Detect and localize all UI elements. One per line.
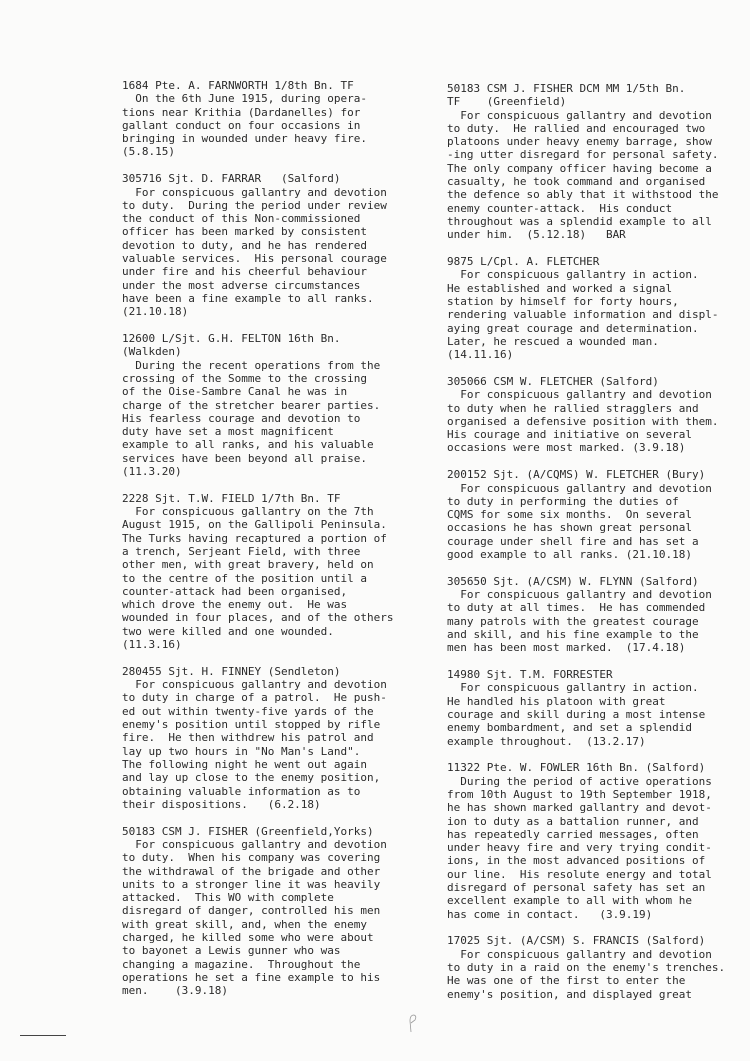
citation-text: under heavy fire and very trying condit-	[447, 841, 747, 854]
citation-heading: 12600 L/Sjt. G.H. FELTON 16th Bn.	[122, 332, 422, 345]
citation-text: ions, in the most advanced positions of	[447, 854, 747, 867]
citation-text: other men, with great bravery, held on	[122, 558, 422, 571]
citation-text: have been a fine example to all ranks.	[122, 292, 422, 305]
citation-text: courage under shell fire and has set a	[447, 535, 747, 548]
citation-text: a trench, Serjeant Field, with three	[122, 545, 422, 558]
citation-heading: 305066 CSM W. FLETCHER (Salford)	[447, 375, 747, 388]
citation-text: ion to duty as a battalion runner, and	[447, 815, 747, 828]
citation-text: For conspicuous gallantry and devotion	[447, 388, 747, 401]
citation-text: tions near Krithia (Dardanelles) for	[122, 106, 422, 119]
citation-text: operations he set a fine example to his	[122, 971, 422, 984]
citation-text: The Turks having recaptured a portion of	[122, 532, 422, 545]
citation-text: obtaining valuable information as to	[122, 785, 422, 798]
citation-text: under fire and his cheerful behaviour	[122, 265, 422, 278]
citation-text: (5.8.15)	[122, 145, 422, 158]
citation-heading: 11322 Pte. W. FOWLER 16th Bn. (Salford)	[447, 761, 747, 774]
citation-text: to duty in charge of a patrol. He push-	[122, 691, 422, 704]
citation-text: charge of the stretcher bearer parties.	[122, 399, 422, 412]
citation-text: attacked. This WO with complete	[122, 891, 422, 904]
citation-text: two were killed and one wounded.	[122, 625, 422, 638]
citation-text: During the period of active operations	[447, 775, 747, 788]
citation-entry: 305650 Sjt. (A/CSM) W. FLYNN (Salford) F…	[447, 575, 747, 655]
citation-text: and lay up close to the enemy position,	[122, 771, 422, 784]
citation-text: services have been beyond all praise.	[122, 452, 422, 465]
citation-text: has come in contact. (3.9.19)	[447, 908, 747, 921]
citation-text: aying great courage and determination.	[447, 322, 747, 335]
citation-heading: 280455 Sjt. H. FINNEY (Sendleton)	[122, 665, 422, 678]
citation-text: and skill, and his fine example to the	[447, 628, 747, 641]
citation-text: During the recent operations from the	[122, 359, 422, 372]
citation-text: under the most adverse circumstances	[122, 279, 422, 292]
citation-heading: TF (Greenfield)	[447, 95, 747, 108]
citation-text: For conspicuous gallantry and devotion	[447, 109, 747, 122]
citation-text: with great skill, and, when the enemy	[122, 918, 422, 931]
citation-text: For conspicuous gallantry and devotion	[122, 678, 422, 691]
citation-text: from 10th August to 19th September 1918,	[447, 788, 747, 801]
citation-heading: 305650 Sjt. (A/CSM) W. FLYNN (Salford)	[447, 575, 747, 588]
citation-text: many patrols with the greatest courage	[447, 615, 747, 628]
citation-text: to duty at all times. He has commended	[447, 601, 747, 614]
citation-heading: 1684 Pte. A. FARNWORTH 1/8th Bn. TF	[122, 79, 422, 92]
citation-text: the conduct of this Non-commissioned	[122, 212, 422, 225]
citation-text: lay up two hours in "No Man's Land".	[122, 745, 422, 758]
citation-text: the withdrawal of the brigade and other	[122, 865, 422, 878]
citation-text: men has been most marked. (17.4.18)	[447, 641, 747, 654]
citation-text: occasions were most marked. (3.9.18)	[447, 441, 747, 454]
citation-heading: 50183 CSM J. FISHER (Greenfield,Yorks)	[122, 825, 422, 838]
citation-heading: 305716 Sjt. D. FARRAR (Salford)	[122, 172, 422, 185]
citation-text: disregard of danger, controlled his men	[122, 904, 422, 917]
citation-text: rendering valuable information and displ…	[447, 308, 747, 321]
citation-text: His courage and initiative on several	[447, 428, 747, 441]
citation-entry: 305716 Sjt. D. FARRAR (Salford) For cons…	[122, 172, 422, 318]
citation-text: valuable services. His personal courage	[122, 252, 422, 265]
citation-text: throughout was a splendid example to all	[447, 215, 747, 228]
citation-entry: 2228 Sjt. T.W. FIELD 1/7th Bn. TF For co…	[122, 492, 422, 652]
citation-entry: 305066 CSM W. FLETCHER (Salford) For con…	[447, 375, 747, 455]
citation-heading: 50183 CSM J. FISHER DCM MM 1/5th Bn.	[447, 82, 747, 95]
citation-entry: 200152 Sjt. (A/CQMS) W. FLETCHER (Bury) …	[447, 468, 747, 561]
citation-entry: 280455 Sjt. H. FINNEY (Sendleton) For co…	[122, 665, 422, 811]
citation-text: For conspicuous gallantry and devotion	[447, 948, 747, 961]
citation-text: disregard of personal safety has set an	[447, 881, 747, 894]
citation-entry: 9875 L/Cpl. A. FLETCHER For conspicuous …	[447, 255, 747, 361]
citation-text: devotion to duty, and he has rendered	[122, 239, 422, 252]
citation-text: good example to all ranks. (21.10.18)	[447, 548, 747, 561]
citation-text: our line. His resolute energy and total	[447, 868, 747, 881]
citation-text: charged, he killed some who were about	[122, 931, 422, 944]
citation-text: The only company officer having become a	[447, 162, 747, 175]
citation-text: For conspicuous gallantry and devotion	[447, 482, 747, 495]
citation-text: counter-attack had been organised,	[122, 585, 422, 598]
citation-text: (11.3.16)	[122, 638, 422, 651]
citation-text: (21.10.18)	[122, 305, 422, 318]
citation-text: For conspicuous gallantry in action.	[447, 681, 747, 694]
citation-text: occasions he has shown great personal	[447, 521, 747, 534]
citation-entry: 50183 CSM J. FISHER (Greenfield,Yorks) F…	[122, 825, 422, 998]
citation-text: gallant conduct on four occasions in	[122, 119, 422, 132]
citation-text: For conspicuous gallantry on the 7th	[122, 505, 422, 518]
citation-text: officer has been marked by consistent	[122, 225, 422, 238]
handwritten-mark	[408, 1012, 418, 1034]
citation-text: enemy bombardment, and set a splendid	[447, 721, 747, 734]
citation-text: platoons under heavy enemy barrage, show	[447, 135, 747, 148]
citation-text: enemy counter-attack. His conduct	[447, 202, 747, 215]
citation-text: He established and worked a signal	[447, 282, 747, 295]
citation-text: He handled his platoon with great	[447, 695, 747, 708]
citation-text: casualty, he took command and organised	[447, 175, 747, 188]
citation-heading: 2228 Sjt. T.W. FIELD 1/7th Bn. TF	[122, 492, 422, 505]
citation-text: units to a stronger line it was heavily	[122, 878, 422, 891]
citation-text: crossing of the Somme to the crossing	[122, 372, 422, 385]
citation-text: August 1915, on the Gallipoli Peninsula.	[122, 518, 422, 531]
citation-text: men. (3.9.18)	[122, 984, 422, 997]
citation-text: changing a magazine. Throughout the	[122, 958, 422, 971]
citation-text: wounded in four places, and of the other…	[122, 611, 422, 624]
citation-text: (14.11.16)	[447, 348, 747, 361]
citation-text: enemy's position, and displayed great	[447, 988, 747, 1001]
citation-entry: 12600 L/Sjt. G.H. FELTON 16th Bn.(Walkde…	[122, 332, 422, 478]
citation-text: excellent example to all with whom he	[447, 894, 747, 907]
citation-text: example to all ranks, and his valuable	[122, 438, 422, 451]
citation-text: the defence so ably that it withstood th…	[447, 188, 747, 201]
citation-heading: (Walkden)	[122, 345, 422, 358]
citation-text: enemy's position until stopped by rifle	[122, 718, 422, 731]
citation-text: -ing utter disregard for personal safety…	[447, 148, 747, 161]
citation-text: On the 6th June 1915, during opera-	[122, 92, 422, 105]
citation-text: to duty. When his company was covering	[122, 851, 422, 864]
citation-text: to duty. During the period under review	[122, 199, 422, 212]
citation-text: to the centre of the position until a	[122, 572, 422, 585]
citation-entry: 11322 Pte. W. FOWLER 16th Bn. (Salford) …	[447, 761, 747, 921]
citation-text: For conspicuous gallantry and devotion	[447, 588, 747, 601]
citation-text: their dispositions. (6.2.18)	[122, 798, 422, 811]
right-column: 50183 CSM J. FISHER DCM MM 1/5th Bn.TF (…	[447, 82, 747, 1014]
citation-text: His fearless courage and devotion to	[122, 412, 422, 425]
citation-text: example throughout. (13.2.17)	[447, 735, 747, 748]
left-column: 1684 Pte. A. FARNWORTH 1/8th Bn. TF On t…	[122, 79, 422, 1011]
citation-entry: 17025 Sjt. (A/CSM) S. FRANCIS (Salford) …	[447, 934, 747, 1000]
citation-text: For conspicuous gallantry in action.	[447, 268, 747, 281]
citation-text: which drove the enemy out. He was	[122, 598, 422, 611]
citation-text: ed out within twenty-five yards of the	[122, 705, 422, 718]
citation-text: fire. He then withdrew his patrol and	[122, 731, 422, 744]
citation-text: Later, he rescued a wounded man.	[447, 335, 747, 348]
citation-text: he has shown marked gallantry and devot-	[447, 801, 747, 814]
citation-text: to duty. He rallied and encouraged two	[447, 122, 747, 135]
citation-entry: 14980 Sjt. T.M. FORRESTER For conspicuou…	[447, 668, 747, 748]
citation-text: bringing in wounded under heavy fire.	[122, 132, 422, 145]
citation-text: to bayonet a Lewis gunner who was	[122, 944, 422, 957]
citation-heading: 9875 L/Cpl. A. FLETCHER	[447, 255, 747, 268]
citation-text: The following night he went out again	[122, 758, 422, 771]
citation-text: to duty when he rallied stragglers and	[447, 402, 747, 415]
citation-text: of the Oise-Sambre Canal he was in	[122, 385, 422, 398]
citation-heading: 14980 Sjt. T.M. FORRESTER	[447, 668, 747, 681]
citation-heading: 17025 Sjt. (A/CSM) S. FRANCIS (Salford)	[447, 934, 747, 947]
citation-text: under him. (5.12.18) BAR	[447, 228, 747, 241]
citation-text: station by himself for forty hours,	[447, 295, 747, 308]
citation-text: to duty in performing the duties of	[447, 495, 747, 508]
citation-text: duty have set a most magnificent	[122, 425, 422, 438]
citation-entry: 50183 CSM J. FISHER DCM MM 1/5th Bn.TF (…	[447, 82, 747, 242]
citation-text: (11.3.20)	[122, 465, 422, 478]
margin-rule	[20, 1035, 66, 1036]
citation-text: has repeatedly carried messages, often	[447, 828, 747, 841]
citation-text: For conspicuous gallantry and devotion	[122, 186, 422, 199]
citation-text: He was one of the first to enter the	[447, 974, 747, 987]
citation-text: courage and skill during a most intense	[447, 708, 747, 721]
citation-text: to duty in a raid on the enemy's trenche…	[447, 961, 747, 974]
citation-text: For conspicuous gallantry and devotion	[122, 838, 422, 851]
citation-text: organised a defensive position with them…	[447, 415, 747, 428]
citation-text: CQMS for some six months. On several	[447, 508, 747, 521]
citation-entry: 1684 Pte. A. FARNWORTH 1/8th Bn. TF On t…	[122, 79, 422, 159]
citation-heading: 200152 Sjt. (A/CQMS) W. FLETCHER (Bury)	[447, 468, 747, 481]
